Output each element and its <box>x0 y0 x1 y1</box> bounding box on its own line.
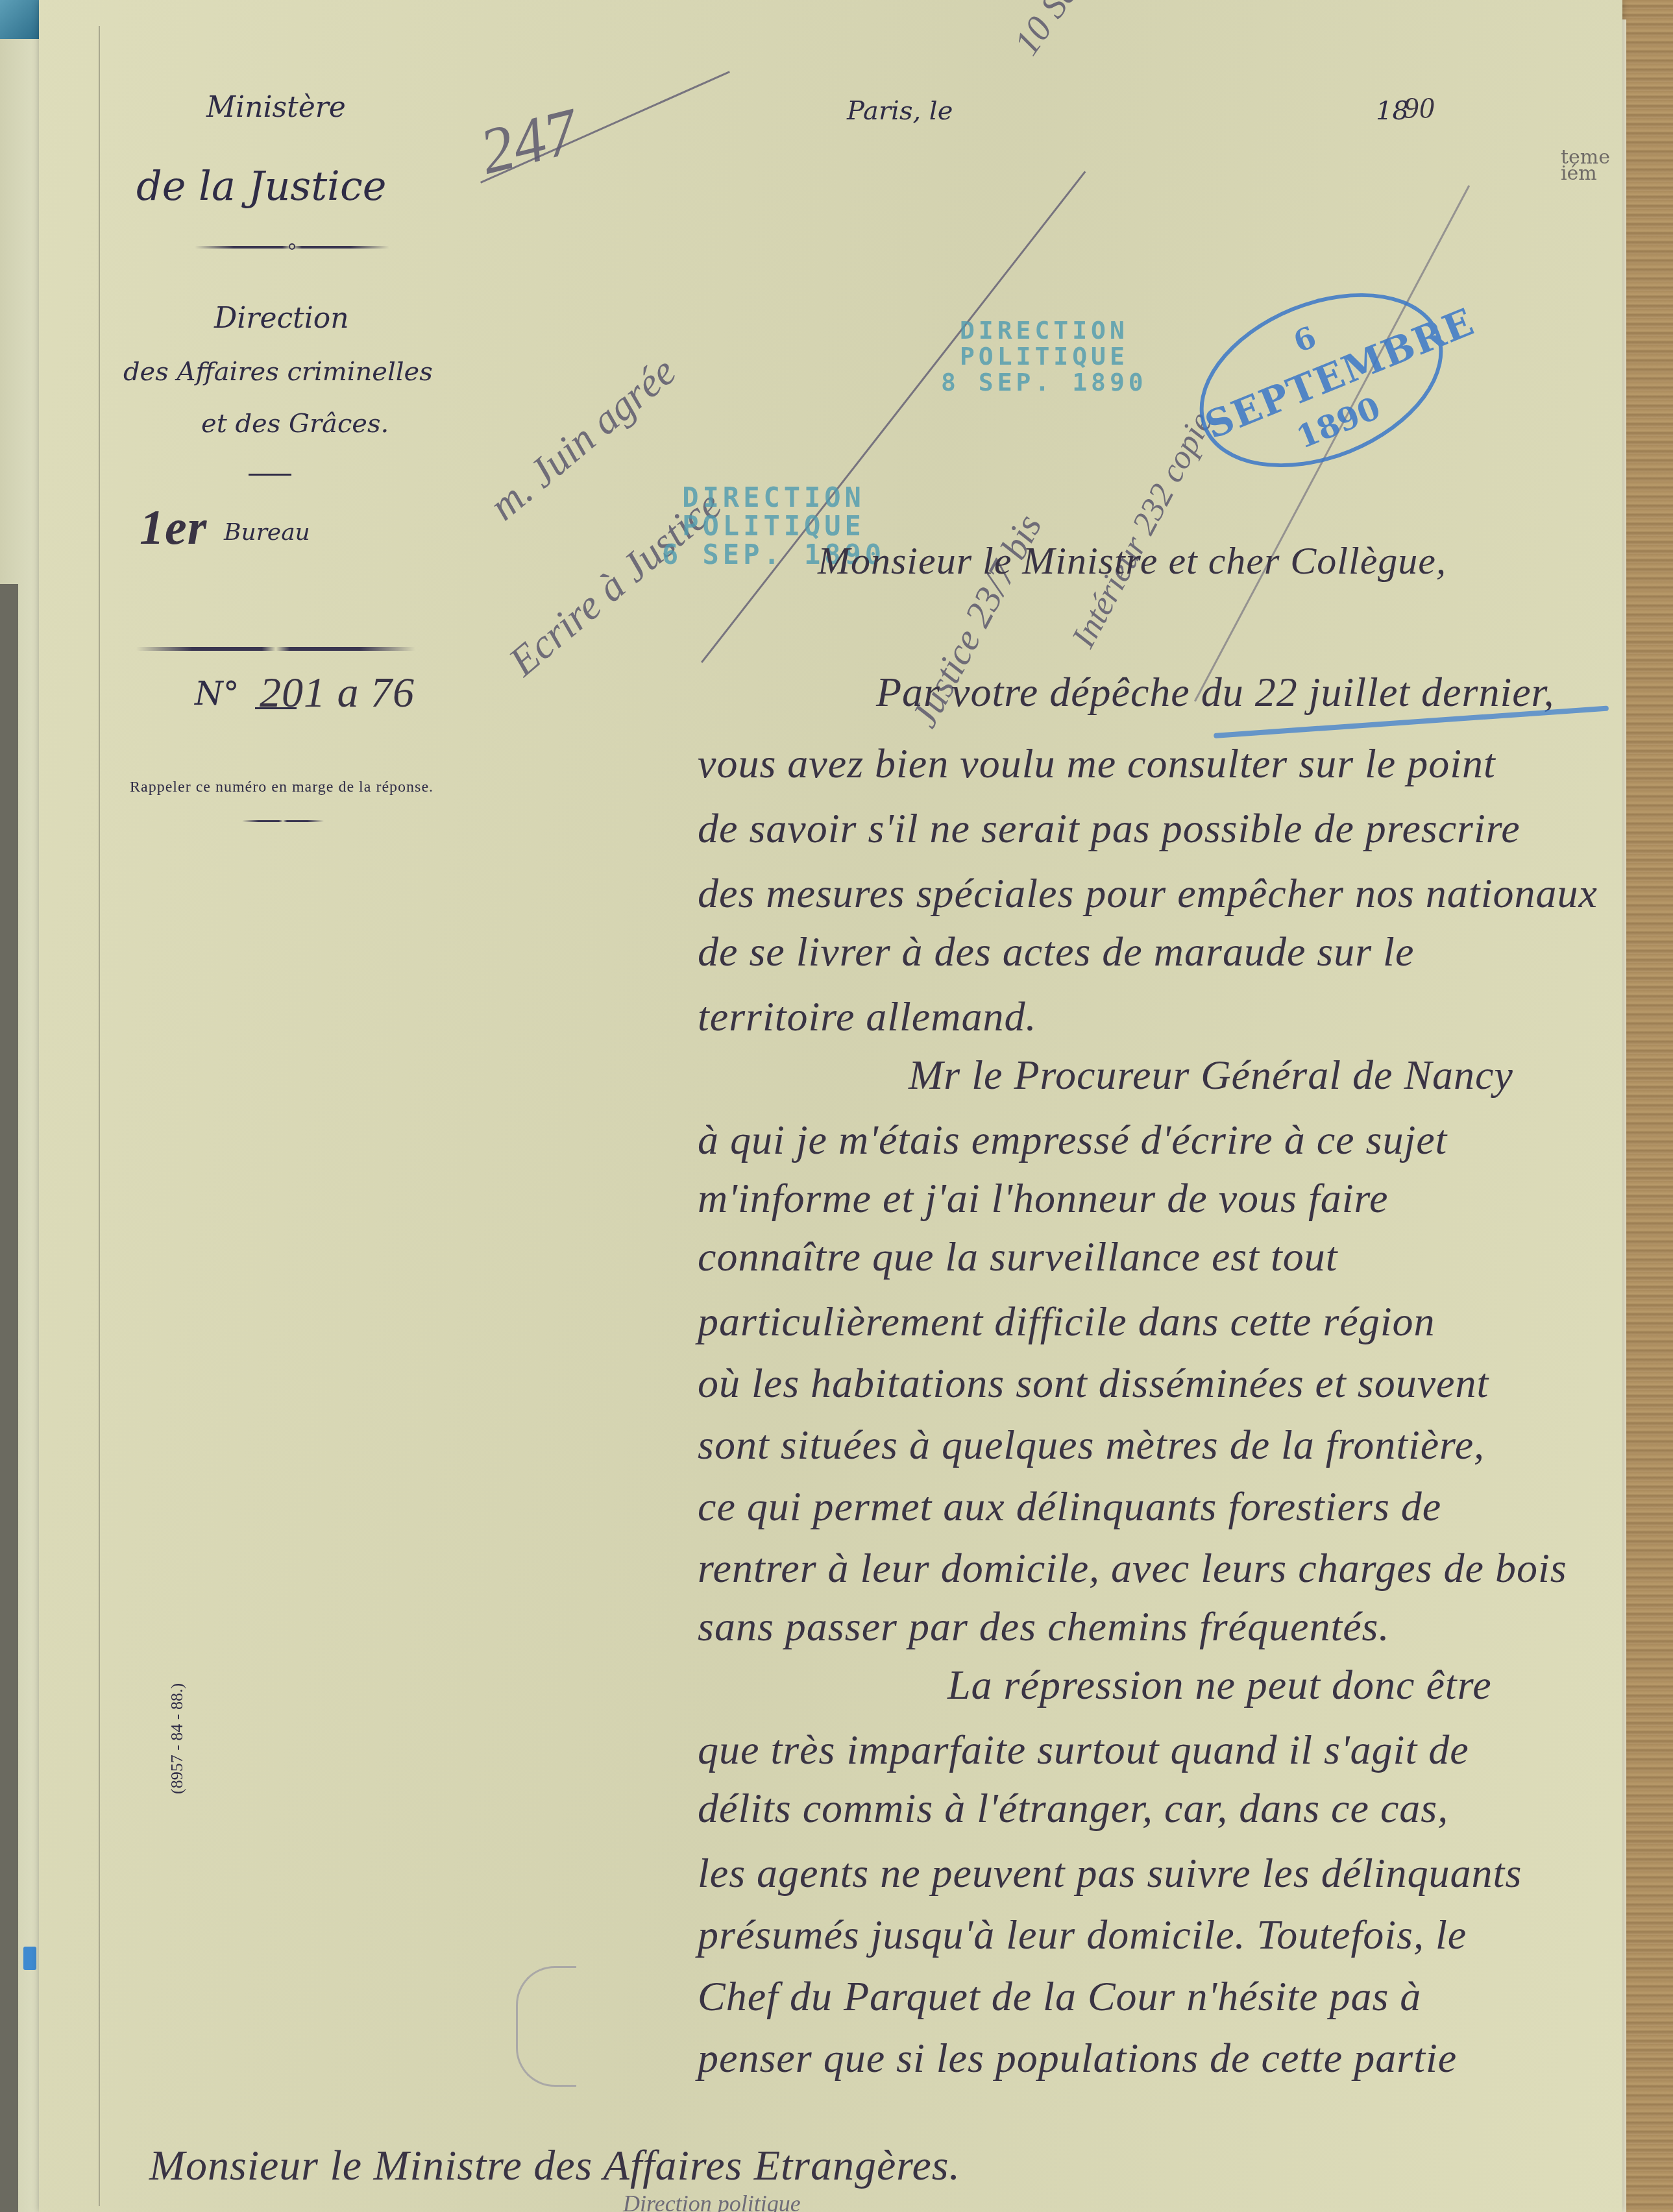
blue-folder-tab <box>0 0 39 39</box>
reply-reminder: Rappeler ce numéro en marge de la répons… <box>130 779 434 796</box>
letter-line: particulièrement difficile dans cette ré… <box>698 1298 1435 1346</box>
stamp-line-2: POLITIQUE <box>662 512 885 541</box>
ministry-line-2: de la Justice <box>136 162 386 210</box>
small-ornament <box>242 820 324 822</box>
letter-line: où les habitations sont disséminées et s… <box>698 1359 1489 1407</box>
letter-line: sans passer par des chemins fréquentés. <box>698 1603 1389 1651</box>
letter-line: Chef du Parquet de la Cour n'hésite pas … <box>698 1973 1421 2021</box>
letter-line: des mesures spéciales pour empêcher nos … <box>698 869 1598 918</box>
dateline-year-hand: 90 <box>1404 91 1435 125</box>
direction-line-1: des Affaires criminelles <box>123 357 433 387</box>
underpage-fragment: iém <box>1561 162 1597 185</box>
letter-line: m'informe et j'ai l'honneur de vous fair… <box>698 1174 1388 1222</box>
letter-line: La répression ne peut donc être <box>947 1661 1492 1709</box>
print-code: (8957 - 84 - 88.) <box>167 1683 187 1794</box>
pencil-note-1: m. Juin agrée <box>480 347 685 530</box>
ministry-line-1: Ministère <box>206 91 346 124</box>
bureau-number: 1er <box>140 500 207 556</box>
letter-line: à qui je m'étais empressé d'écrire à ce … <box>698 1116 1447 1164</box>
direction-line-2: et des Grâces. <box>201 409 389 439</box>
number-prefix: N° <box>195 675 239 712</box>
stamp-line-2: POLITIQUE <box>941 344 1147 370</box>
diagonal-pencil-stroke <box>701 171 1086 663</box>
letter-line: les agents ne peuvent pas suivre les dél… <box>698 1849 1522 1897</box>
stamp-date: 8 SEP. 1890 <box>941 370 1147 396</box>
bureau-label: Bureau <box>224 519 310 546</box>
file-number: 201 a 76 <box>260 668 415 718</box>
letter-line: territoire allemand. <box>698 993 1036 1041</box>
letter-line: sont situées à quelques mètres de la fro… <box>698 1421 1485 1469</box>
stamp-line-1: DIRECTION <box>662 483 885 512</box>
underlying-folder-edge <box>0 584 18 2212</box>
direction-title: Direction <box>214 302 349 335</box>
letter-line: rentrer à leur domicile, avec leurs char… <box>698 1544 1567 1592</box>
letter-line: Mr le Procureur Général de Nancy <box>909 1051 1513 1099</box>
register-number: 247 <box>472 93 585 189</box>
letter-line: que très imparfaite surtout quand il s'a… <box>698 1726 1469 1774</box>
letter-line: de savoir s'il ne serait pas possible de… <box>698 805 1520 853</box>
letter-line: délits commis à l'étranger, car, dans ce… <box>698 1784 1448 1832</box>
stamp-line-1: DIRECTION <box>941 318 1147 344</box>
ornament-rule <box>136 647 415 651</box>
letter-sheet: Ministère de la Justice Direction des Af… <box>39 0 1622 2212</box>
addressee: Monsieur le Ministre des Affaires Etrang… <box>149 2141 960 2191</box>
short-rule <box>249 474 291 476</box>
letter-line: présumés jusqu'à leur domicile. Toutefoi… <box>698 1911 1467 1959</box>
addressee-subnote: Direction politique <box>623 2190 801 2212</box>
letter-line: ce qui permet aux délinquants forestiers… <box>698 1483 1441 1531</box>
letter-line: de se livrer à des actes de maraude sur … <box>698 928 1414 976</box>
letter-line: vous avez bien voulu me consulter sur le… <box>698 740 1496 788</box>
pencil-bracket <box>516 1966 576 2087</box>
number-rule <box>255 707 297 709</box>
blue-marker-tab <box>23 1947 36 1970</box>
salutation: Monsieur le Ministre et cher Collègue, <box>818 539 1447 583</box>
stamp-direction-politique-8sep: DIRECTION POLITIQUE 8 SEP. 1890 <box>941 318 1147 396</box>
letter-line: Par votre dépêche du 22 juillet dernier, <box>876 668 1554 716</box>
dateline-day-month: 10 Septembre <box>1006 0 1153 63</box>
pencil-note-4: Intérieur 232 copie <box>1064 406 1221 654</box>
ornament-divider <box>195 246 389 249</box>
dateline-place: Paris, le <box>847 96 953 126</box>
sheet-fold-line <box>99 26 100 2206</box>
letter-line: penser que si les populations de cette p… <box>698 2034 1457 2082</box>
letter-line: connaître que la surveillance est tout <box>698 1233 1338 1281</box>
